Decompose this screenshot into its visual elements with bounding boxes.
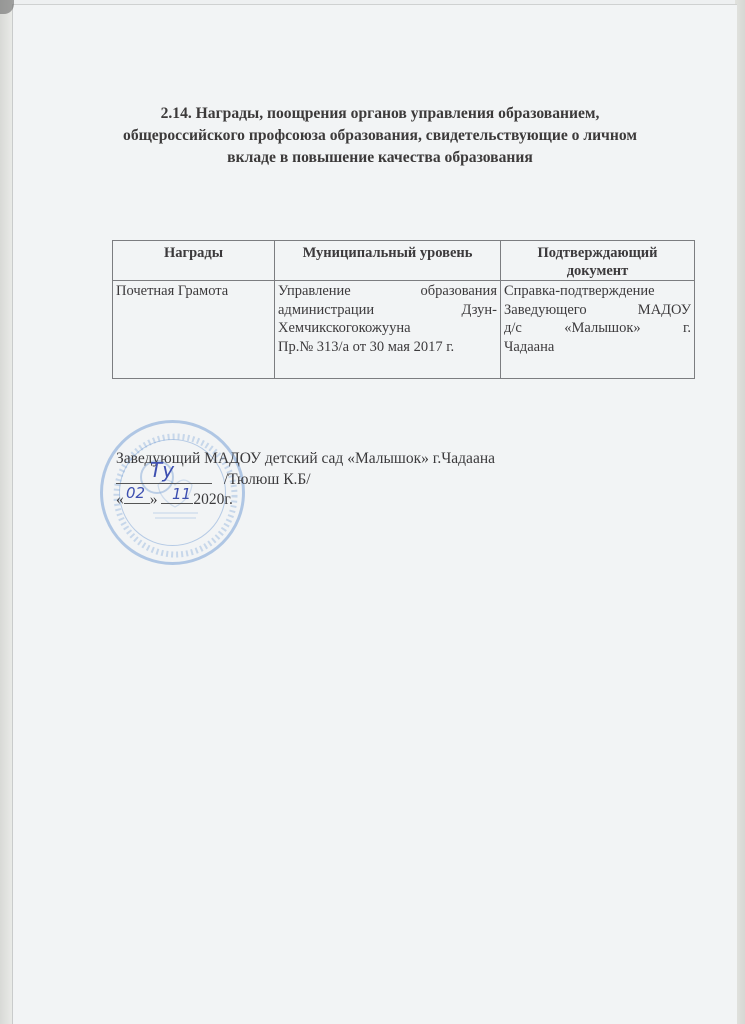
date-open-quote: « (116, 491, 124, 508)
handwritten-month: 11 (172, 485, 191, 503)
scan-left-edge (0, 0, 12, 1024)
handwritten-signature: Ту (150, 458, 174, 482)
header-line: Подтверждающий (504, 244, 691, 262)
header-municipal-level: Муниципальный уровень (275, 241, 501, 281)
table-row: Почетная Грамота Управление образования … (113, 281, 695, 379)
heading-line-1: 2.14. Награды, поощрения органов управле… (100, 103, 660, 125)
cell-line: Заведующего МАДОУ (504, 301, 691, 320)
header-confirming-document: Подтверждающий документ (501, 241, 695, 281)
cell-line: Справка-подтверждение (504, 282, 691, 301)
heading-line-2: общероссийского профсоюза образования, с… (100, 125, 660, 147)
header-awards: Награды (113, 241, 275, 281)
signatory-name: /Тюлюш К.Б/ (224, 471, 311, 488)
award-name: Почетная Грамота (116, 282, 271, 301)
cell-award: Почетная Грамота (113, 281, 275, 379)
heading-line-3: вкладе в повышение качества образования (100, 147, 660, 169)
cell-line: Пр.№ 313/а от 30 мая 2017 г. (278, 338, 497, 357)
cell-line: Чадаана (504, 338, 691, 357)
date-year: 2020г. (193, 491, 232, 508)
handwritten-day: 02 (126, 484, 145, 502)
section-heading: 2.14. Награды, поощрения органов управле… (100, 103, 660, 169)
cell-line: Хемчикскогокожууна (278, 319, 497, 338)
cell-confirming-document: Справка-подтверждение Заведующего МАДОУ … (501, 281, 695, 379)
awards-table: Награды Муниципальный уровень Подтвержда… (112, 240, 695, 379)
cell-municipal-level: Управление образования администрации Дзу… (275, 281, 501, 379)
cell-line: д/с «Малышок» г. (504, 319, 691, 338)
cell-line: Управление образования (278, 282, 497, 301)
date-close-quote: » (150, 491, 158, 508)
cell-line: администрации Дзун- (278, 301, 497, 320)
header-line: документ (504, 262, 691, 280)
table-header-row: Награды Муниципальный уровень Подтвержда… (113, 241, 695, 281)
